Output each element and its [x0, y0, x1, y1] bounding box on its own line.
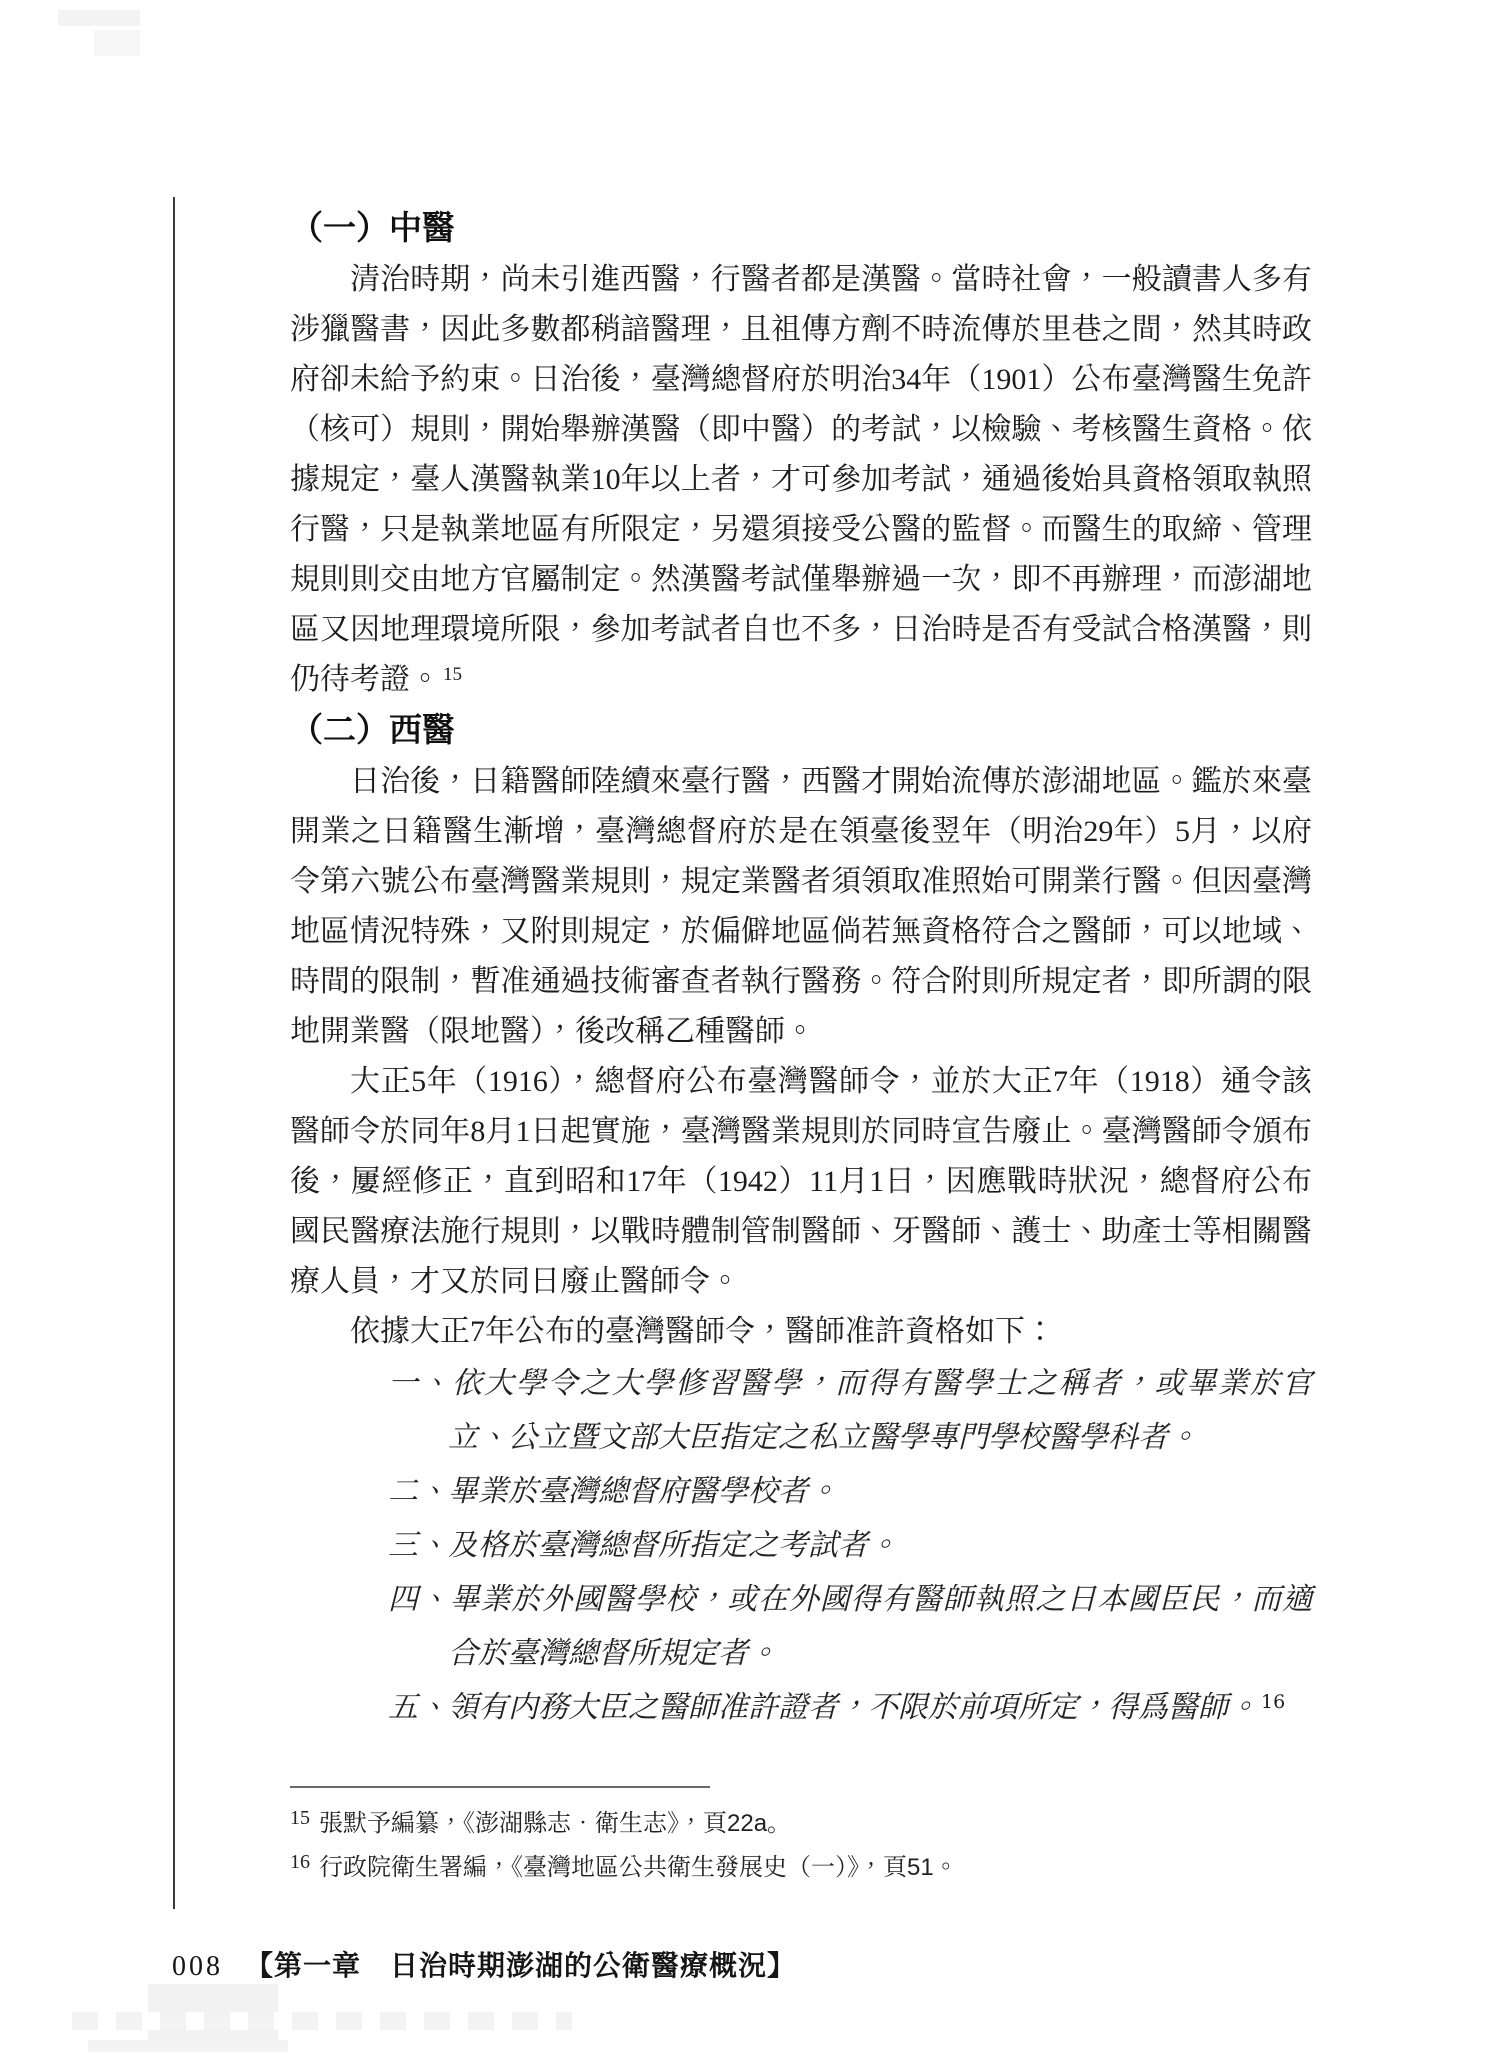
qualification-list: 一、依大學令之大學修習醫學，而得有醫學士之稱者，或畢業於官立、公立暨文部大臣指定…	[290, 1357, 1312, 1735]
footnote-16: 16行政院衛生署編，《臺灣地區公共衛生發展史（一）》，頁51。	[290, 1843, 1312, 1887]
list-item-1: 一、依大學令之大學修習醫學，而得有醫學士之稱者，或畢業於官立、公立暨文部大臣指定…	[290, 1357, 1312, 1465]
list-item-text: 領有内務大臣之醫師准許證者，不限於前項所定，得爲醫師。	[448, 1690, 1258, 1725]
list-item-3: 三、及格於臺灣總督所指定之考試者。	[290, 1519, 1312, 1573]
list-marker: 四、	[388, 1582, 450, 1617]
list-item-text: 依大學令之大學修習醫學，而得有醫學士之稱者，或畢業於官立、公立暨文部大臣指定之私…	[448, 1366, 1312, 1455]
list-item-text: 畢業於臺灣總督府醫學校者。	[448, 1474, 838, 1509]
margin-rule	[173, 197, 175, 1909]
scan-artifact	[148, 1984, 278, 2042]
list-item-text: 畢業於外國醫學校，或在外國得有醫師執照之日本國臣民，而適合於臺灣總督所規定者。	[448, 1582, 1312, 1671]
footnote-marker: 15	[290, 1807, 310, 1829]
list-item-5: 五、領有内務大臣之醫師准許證者，不限於前項所定，得爲醫師。16	[290, 1681, 1312, 1735]
list-marker: 一、	[388, 1366, 452, 1401]
list-item-text: 及格於臺灣總督所指定之考試者。	[448, 1528, 898, 1563]
paragraph-text: 清治時期，尚未引進西醫，行醫者都是漢醫。當時社會，一般讀書人多有涉獵醫書，因此多…	[290, 263, 1312, 696]
paragraph-western-medicine-2: 大正5年（1916），總督府公布臺灣醫師令，並於大正7年（1918）通令該醫師令…	[290, 1057, 1312, 1307]
list-marker: 五、	[388, 1690, 448, 1725]
footnote-text: 行政院衛生署編，《臺灣地區公共衛生發展史（一）》，頁51。	[319, 1854, 958, 1881]
paragraph-chinese-medicine: 清治時期，尚未引進西醫，行醫者都是漢醫。當時社會，一般讀書人多有涉獵醫書，因此多…	[290, 255, 1312, 705]
footnote-ref-16: 16	[1261, 1691, 1285, 1713]
section-heading-chinese-medicine: （一）中醫	[290, 203, 1312, 255]
paragraph-text: 依據大正7年公布的臺灣醫師令，醫師准許資格如下：	[350, 1315, 1055, 1348]
paragraph-text: 大正5年（1916），總督府公布臺灣醫師令，並於大正7年（1918）通令該醫師令…	[290, 1065, 1312, 1298]
footnote-ref-15: 15	[443, 664, 462, 685]
list-item-2: 二、畢業於臺灣總督府醫學校者。	[290, 1465, 1312, 1519]
page-number: 008	[172, 1951, 223, 1983]
book-page: （一）中醫 清治時期，尚未引進西醫，行醫者都是漢醫。當時社會，一般讀書人多有涉獵…	[0, 0, 1500, 2052]
page-footer: 008 【第一章 日治時期澎湖的公衛醫療概況】	[172, 1944, 796, 1984]
footnote-separator	[290, 1786, 710, 1788]
footnote-15: 15張默予編纂，《澎湖縣志‧衛生志》，頁22a。	[290, 1799, 1312, 1843]
list-marker: 二、	[388, 1474, 448, 1509]
page-content: （一）中醫 清治時期，尚未引進西醫，行醫者都是漢醫。當時社會，一般讀書人多有涉獵…	[290, 203, 1312, 1735]
paragraph-text: 日治後，日籍醫師陸續來臺行醫，西醫才開始流傳於澎湖地區。鑑於來臺開業之日籍醫生漸…	[290, 765, 1312, 1048]
paragraph-license-intro: 依據大正7年公布的臺灣醫師令，醫師准許資格如下：	[290, 1307, 1312, 1357]
footnote-marker: 16	[290, 1851, 310, 1873]
scan-artifact	[72, 2012, 572, 2030]
list-marker: 三、	[388, 1528, 448, 1563]
chapter-title: 【第一章 日治時期澎湖的公衛醫療概況】	[245, 1944, 796, 1984]
list-item-4: 四、畢業於外國醫學校，或在外國得有醫師執照之日本國臣民，而適合於臺灣總督所規定者…	[290, 1573, 1312, 1681]
section-heading-western-medicine: （二）西醫	[290, 705, 1312, 757]
paragraph-western-medicine-1: 日治後，日籍醫師陸續來臺行醫，西醫才開始流傳於澎湖地區。鑑於來臺開業之日籍醫生漸…	[290, 757, 1312, 1057]
scan-artifact	[88, 2040, 288, 2052]
scan-artifact	[58, 10, 140, 26]
footnote-text: 張默予編纂，《澎湖縣志‧衛生志》，頁22a。	[319, 1810, 791, 1837]
footnotes: 15張默予編纂，《澎湖縣志‧衛生志》，頁22a。 16行政院衛生署編，《臺灣地區…	[290, 1799, 1312, 1887]
scan-artifact	[94, 30, 140, 56]
